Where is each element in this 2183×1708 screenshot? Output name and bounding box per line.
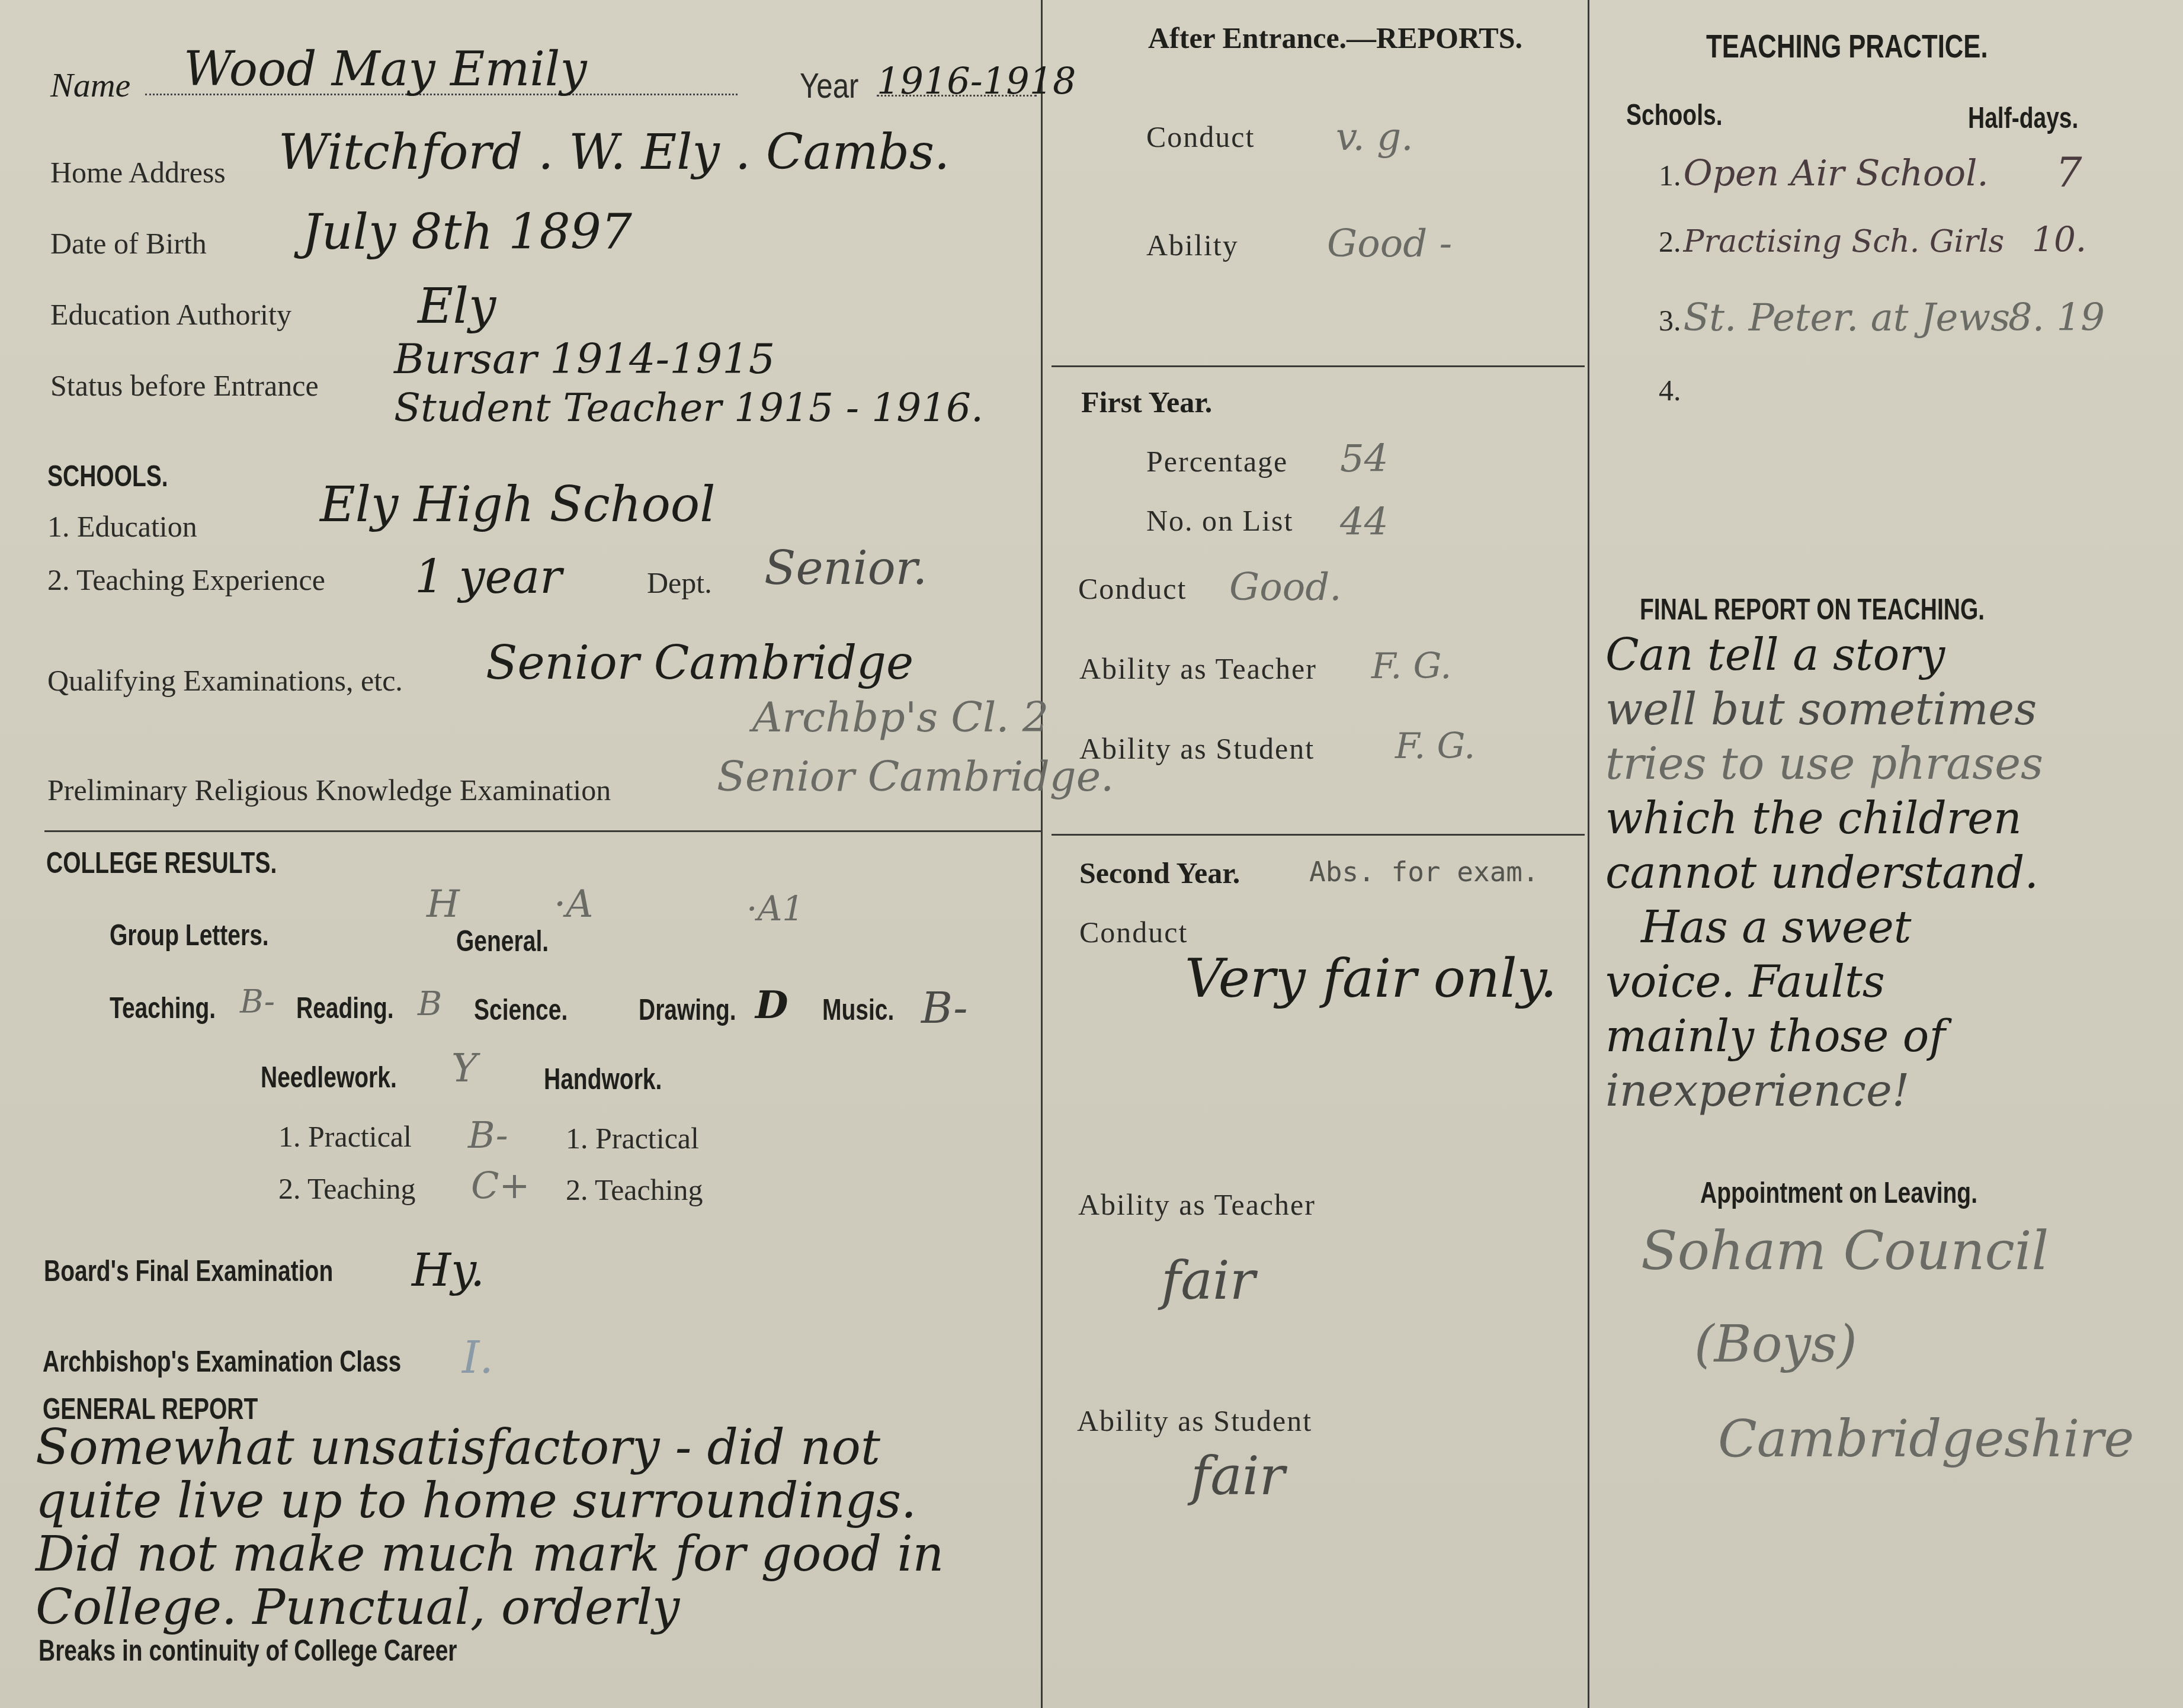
entrance-conduct-label: Conduct xyxy=(1146,120,1255,154)
appointment-line-1: Soham Council xyxy=(1641,1220,2049,1282)
dob-label: Date of Birth xyxy=(50,226,207,261)
edu-authority-value: Ely xyxy=(418,278,496,335)
appointment-heading: Appointment on Leaving. xyxy=(1700,1176,1977,1210)
reading-value: B xyxy=(418,985,442,1023)
drawing-label: Drawing. xyxy=(639,993,736,1027)
second-year-heading: Second Year. xyxy=(1079,856,1240,890)
school-2-value: 1 year xyxy=(415,551,562,604)
fy-student-label: Ability as Student xyxy=(1079,731,1315,766)
sy-student-value: fair xyxy=(1191,1445,1285,1507)
practice-row-school: St. Peter. at Jews xyxy=(1684,296,2011,340)
needlework-label: Needlework. xyxy=(261,1060,397,1094)
sy-conduct-value: Very fair only. xyxy=(1185,948,1557,1010)
fy-conduct-value: Good. xyxy=(1229,566,1342,609)
final-report-line: which the children xyxy=(1605,791,2174,846)
practice-row: 3. St. Peter. at Jews xyxy=(1659,296,2010,340)
name-value: Wood May Emily xyxy=(184,41,587,97)
boards-final-label: Board's Final Examination xyxy=(44,1254,333,1288)
status-label: Status before Entrance xyxy=(50,368,319,403)
fy-teacher-value: F. G. xyxy=(1371,646,1451,687)
school-1-label: 1. Education xyxy=(47,509,197,544)
needlework-practical-label: 1. Practical xyxy=(278,1119,412,1154)
entrance-ability-label: Ability xyxy=(1146,228,1239,262)
archbishop-label: Archbishop's Examination Class xyxy=(43,1344,401,1379)
practice-row: 1. Open Air School. xyxy=(1659,153,1988,194)
needlework-practical-value: B- xyxy=(468,1113,508,1157)
dept-label: Dept. xyxy=(647,566,712,600)
halfdays-column-label: Half-days. xyxy=(1968,101,2078,135)
handwork-practical-label: 1. Practical xyxy=(566,1121,699,1155)
sy-student-label: Ability as Student xyxy=(1077,1404,1312,1438)
qualifying-label: Qualifying Examinations, etc. xyxy=(47,663,403,698)
schools-column-label: Schools. xyxy=(1626,98,1723,132)
no-on-list-value: 44 xyxy=(1340,500,1388,544)
practice-row-school: Open Air School. xyxy=(1684,153,1989,194)
fy-student-value: F. G. xyxy=(1395,725,1475,767)
year-label: Year xyxy=(800,65,858,106)
home-address-label: Home Address xyxy=(50,155,226,190)
middle-divider-2 xyxy=(1052,834,1585,836)
boards-final-value: Hy. xyxy=(412,1244,485,1296)
fy-conduct-label: Conduct xyxy=(1078,572,1187,606)
final-report-line: well but sometimes xyxy=(1605,682,2174,737)
sy-conduct-label: Conduct xyxy=(1079,915,1188,949)
final-report-text: Can tell a story well but sometimes trie… xyxy=(1605,628,2174,1118)
record-card: Name Wood May Emily Year 1916-1918 Home … xyxy=(0,0,2183,1708)
practice-row-halfdays: 10. xyxy=(2032,219,2086,259)
school-2-label: 2. Teaching Experience xyxy=(47,563,325,597)
group-letters-label: Group Letters. xyxy=(110,918,269,952)
middle-divider-1 xyxy=(1052,365,1585,367)
percentage-label: Percentage xyxy=(1146,444,1288,479)
general-report-text: Somewhat unsatisfactory - did not quite … xyxy=(36,1421,1043,1635)
sy-teacher-label: Ability as Teacher xyxy=(1078,1187,1316,1222)
final-report-line: cannot understand. xyxy=(1605,846,2174,900)
appointment-line-2: (Boys) xyxy=(1694,1315,1857,1374)
left-section-divider xyxy=(44,830,1041,832)
general-mark-2: ·A xyxy=(554,882,594,926)
status-value-1: Bursar 1914-1915 xyxy=(394,335,775,383)
final-report-line: inexperience! xyxy=(1605,1064,2174,1118)
qualifying-value-1: Senior Cambridge xyxy=(486,637,913,690)
entrance-conduct-value: v. g. xyxy=(1336,115,1413,159)
qualifying-value-2: Archbp's Cl. 2 xyxy=(752,693,1049,741)
needlework-value: Y xyxy=(451,1045,477,1091)
practice-row-num: 4. xyxy=(1659,374,1681,407)
needlework-teaching-label: 2. Teaching xyxy=(278,1171,416,1206)
general-report-line: quite live up to home surroundings. xyxy=(36,1475,1043,1528)
general-mark-3: ·A1 xyxy=(746,888,804,929)
fy-teacher-label: Ability as Teacher xyxy=(1079,651,1317,686)
second-year-note: Abs. for exam. xyxy=(1309,856,1539,888)
breaks-label: Breaks in continuity of College Career xyxy=(39,1633,457,1668)
general-label: General. xyxy=(456,924,549,958)
percentage-value: 54 xyxy=(1340,437,1388,481)
teaching-practice-heading: TEACHING PRACTICE. xyxy=(1706,27,1988,65)
archbishop-value: I. xyxy=(462,1333,493,1383)
schools-heading: SCHOOLS. xyxy=(47,459,168,493)
college-results-heading: COLLEGE RESULTS. xyxy=(46,846,277,880)
prelim-label: Preliminary Religious Knowledge Examinat… xyxy=(47,773,611,807)
handwork-teaching-label: 2. Teaching xyxy=(566,1173,703,1207)
practice-row-halfdays: 7 xyxy=(2056,148,2082,197)
final-report-line: Has a sweet xyxy=(1605,900,2174,955)
final-report-line: voice. Faults xyxy=(1605,955,2174,1009)
status-value-2: Student Teacher 1915 - 1916. xyxy=(394,385,983,431)
dob-value: July 8th 1897 xyxy=(302,204,632,261)
final-report-line: Can tell a story xyxy=(1605,628,2174,682)
reports-heading: After Entrance.—REPORTS. xyxy=(1148,21,1522,55)
appointment-line-3: Cambridgeshire xyxy=(1718,1410,2134,1469)
practice-row-halfdays: 8. 19 xyxy=(2008,296,2105,340)
teaching-value: B- xyxy=(240,983,275,1020)
dept-value: Senior. xyxy=(764,542,927,595)
entrance-ability-value: Good - xyxy=(1327,222,1452,266)
teaching-label: Teaching. xyxy=(110,991,216,1025)
science-label: Science. xyxy=(474,993,568,1027)
year-value: 1916-1918 xyxy=(877,59,1076,102)
handwork-label: Handwork. xyxy=(544,1062,662,1096)
drawing-value: D xyxy=(755,983,788,1028)
final-report-line: tries to use phrases xyxy=(1605,737,2174,791)
needlework-teaching-value: C+ xyxy=(471,1164,530,1207)
prelim-value: Senior Cambridge. xyxy=(717,752,1114,801)
general-mark-1: H xyxy=(427,882,460,926)
practice-row-num: 1. xyxy=(1659,159,1681,192)
sy-teacher-value: fair xyxy=(1161,1250,1255,1312)
practice-row-num: 3. xyxy=(1659,304,1681,337)
music-value: B- xyxy=(921,983,968,1033)
practice-row: 4. xyxy=(1659,373,1681,407)
final-report-heading: FINAL REPORT ON TEACHING. xyxy=(1640,592,1985,627)
final-report-line: mainly those of xyxy=(1605,1009,2174,1064)
home-address-value: Witchford . W. Ely . Cambs. xyxy=(278,124,950,181)
general-report-line: College. Punctual, orderly xyxy=(36,1581,1043,1635)
column-divider-right xyxy=(1588,0,1589,1708)
no-on-list-label: No. on List xyxy=(1146,503,1293,538)
name-label: Name xyxy=(50,65,130,105)
music-label: Music. xyxy=(822,993,894,1027)
general-report-line: Somewhat unsatisfactory - did not xyxy=(36,1421,1043,1475)
first-year-heading: First Year. xyxy=(1081,385,1212,419)
school-1-value: Ely High School xyxy=(320,477,715,533)
general-report-line: Did not make much mark for good in xyxy=(36,1528,1043,1581)
practice-row-school: Practising Sch. Girls xyxy=(1684,224,2005,259)
reading-label: Reading. xyxy=(296,991,394,1025)
edu-authority-label: Education Authority xyxy=(50,297,291,332)
practice-row-num: 2. xyxy=(1659,225,1681,258)
practice-row: 2. Practising Sch. Girls xyxy=(1659,224,2004,259)
